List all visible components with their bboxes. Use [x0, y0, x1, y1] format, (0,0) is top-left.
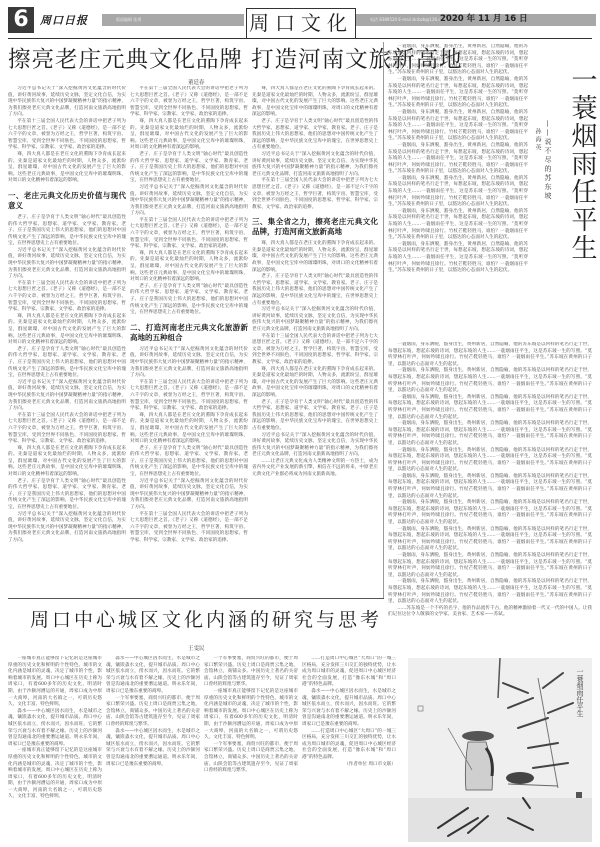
article3-body: ……打造周口中心城区“大周口”的一城三区格局，充分发挥三川交汇的独特优势，让水成…: [302, 729, 396, 762]
article3-body: 一个军事要塞，商贸兴旺的都市，便于周家口繁荣兴盛。历史上周口是商贾云集之地，会馆…: [106, 696, 200, 729]
article2-body: 一蓑烟雨，身东洒脱，豁身出生，黄州新居，自然隐喻，他的苏东坡是以何样的笔名行走于…: [388, 500, 592, 526]
page-number: 6: [8, 7, 34, 33]
article3-author: 王雯民: [188, 644, 205, 652]
article3-title: 周口中心城区文化内涵的研究与思考: [30, 605, 382, 632]
article3-body: 一座城市真正能够留下记忆的是这座城市厚重的历史文化和鲜明的个性特色。城市的文化内…: [204, 689, 298, 742]
article2-closing: ……苏东坡是一个不朽的名字，他的作品流传千古，他的精神激励着一代又一代的中国人。…: [388, 606, 592, 619]
article1-closing: ……让老庄元典文化成为人类精神文明的一方热土，成为省内外文化产业发展的新引擎，相…: [252, 459, 378, 479]
section-title: 周口文化: [246, 8, 356, 38]
article3-body: 一个军事要塞，商贸兴旺的都市，便于周家口繁荣兴盛。历史上周口是商贾云集之地，会馆…: [204, 742, 298, 775]
article3-column-2: 淼水——中心城区因水而生，水是城市之魂，镶嵌淼水文化，提升城市品质。周口中心城区…: [106, 656, 200, 844]
article3-body: 一座城市真正能够留下记忆的是这座城市厚重的历史文化和鲜明的个性特色。城市的文化内…: [8, 656, 102, 709]
article2-author: 孙海英: [533, 128, 542, 152]
article1-section3-heading: 三、集全省之力，擦亮老庄元典文化品牌，打造河南文旅新高地: [252, 217, 378, 237]
article2-body: 一蓑烟雨，身东洒脱，豁身出生，黄州新居，自然隐喻，他的苏东坡是以何样的笔名行走于…: [388, 176, 528, 209]
article2-body: 一蓑烟雨，身东洒脱，豁身出生，黄州新居，自然隐喻，他的苏东坡是以何样的笔名行走于…: [388, 395, 592, 421]
paper-logo: 周口日报: [40, 12, 88, 28]
article1-body: 骞，四大真人都是在老庄文化的熏陶下孕育成长起来的。先秦是道家文化最灿烂的时期，人…: [8, 446, 126, 479]
article2-body: 一蓑烟雨，身东洒脱，豁身出生，黄州新居，自然隐喻，他的苏东坡是以何样的笔名行走于…: [388, 342, 592, 368]
article3-column-1: 一座城市真正能够留下记忆的是这座城市厚重的历史文化和鲜明的个性特色。城市的文化内…: [8, 656, 102, 844]
article2-body: 一蓑烟雨，身东洒脱，豁身出生，黄州新居，自然隐喻，他的苏东坡是以何样的笔名行走于…: [388, 143, 528, 176]
article3-body: 一个军事要塞，商贸兴旺的都市，便于周家口繁荣兴盛。历史上周口是商贾云集之地，会馆…: [204, 656, 298, 689]
article1-body: 平在第十三届全国人民代表大会的讲话中把老子列为七大思想巨匠之首。《老子》又称《道…: [130, 512, 248, 545]
article2-body: 一蓑烟雨，身东洒脱，豁身出生，黄州新居，自然隐喻，他的苏东坡是以何样的笔名行走于…: [388, 448, 592, 474]
article1-body: 习近平总书记关于“深入挖掘黄河文化蕴含的时代价值，讲好黄河故事，延续历史文脉，坚…: [8, 512, 126, 545]
article2-body: 一蓑烟雨，身东洒脱，豁身出生，黄州新居，自然隐喻，他的苏东坡是以何样的笔名行走于…: [388, 77, 528, 110]
article1-section1-body: 老子、庄子是孕育于人类文明“轴心时代”最具创造性的伟大哲学家、思想家、道学家、文…: [8, 215, 126, 248]
article3-body: 淼水——中心城区因水而生，水是城市之魂，镶嵌淼水文化，提升城市品质。周口中心城区…: [8, 709, 102, 749]
article1-body: 骞，四大真人都是在老庄文化的熏陶下孕育成长起来的。先秦是道家文化最灿烂的时期，人…: [130, 413, 248, 446]
article1-body: 老子、庄子是孕育于人类文明“轴心时代”最具创造性的伟大哲学家、思想家、道学家、文…: [252, 400, 378, 433]
column-divider: [383, 42, 384, 598]
article2-body: 一蓑烟雨，身东洒脱，豁身出生，黄州新居，自然隐喻，他的苏东坡是以何样的笔名行走于…: [388, 474, 592, 500]
article1-section2-heading: 二、打造河南老庄元典文化旅游新高地的五种组合: [130, 323, 248, 343]
article2-body: 一蓑烟雨，身东洒脱，豁身出生，黄州新居，自然隐喻，他的苏东坡是以何样的笔名行走于…: [388, 209, 528, 242]
article1-body: 老子、庄子是孕育于人类文明“轴心时代”最具创造性的伟大哲学家、思想家、道学家、文…: [8, 479, 126, 512]
ink-painting-image: 一蓑烟雨任平生: [408, 658, 592, 842]
article1-intro-cont2: 骞，四大真人都是在老庄文化的熏陶下孕育成长起来的。先秦是道家文化最灿烂的时期，人…: [8, 152, 126, 185]
article1-body: 平在第十三届全国人民代表大会的讲话中把老子列为七大思想巨匠之首。《老子》又称《道…: [8, 413, 126, 446]
article3-column-3: 一个军事要塞，商贸兴旺的都市，便于周家口繁荣兴盛。历史上周口是商贾云集之地，会馆…: [204, 656, 298, 844]
article2-body: 一蓑烟雨，身东洒脱，豁身出生，黄州新居，自然隐喻，他的苏东坡是以何样的笔名行走于…: [388, 368, 592, 394]
article2-title: 一蓑烟雨任平生: [567, 66, 597, 262]
article1-column-2: 平在第十三届全国人民代表大会的讲话中把老子列为七大思想巨匠之首。《老子》又称《道…: [130, 86, 248, 598]
masthead-rule: [8, 38, 592, 39]
article1-body: 平在第十三届全国人民代表大会的讲话中把老子列为七大思想巨匠之首。《老子》又称《道…: [8, 281, 126, 314]
article3-body: 淼水——中心城区因水而生，水是城市之魂，镶嵌淼水文化，提升城市品质。周口中心城区…: [106, 656, 200, 696]
article1-body: 骞，四大真人都是在老庄文化的熏陶下孕育成长起来的。先秦是道家文化最灿烂的时期，人…: [252, 86, 378, 119]
contact-info: 电话 8389520 E-mail zkrbzb@126.com: [370, 14, 447, 26]
article2-column-bottom: 一蓑烟雨，身东洒脱，豁身出生，黄州新居，自然隐喻，他的苏东坡是以何样的笔名行走于…: [388, 342, 592, 652]
article2-body: 一蓑烟雨，身东洒脱，豁身出生，黄州新居，自然隐喻，他的苏东坡是以何样的笔名行走于…: [388, 527, 592, 553]
article3-column-4: ……打造周口中心城区“大周口”的一城三区格局，充分发挥三川交汇的独特优势，让水成…: [302, 656, 396, 844]
article3-body: 淼水——中心城区因水而生，水是城市之魂，镶嵌淼水文化，提升城市品质。周口中心城区…: [302, 689, 396, 729]
article1-body: 习近平总书记关于“深入挖掘黄河文化蕴含的时代价值，讲好黄河故事，延续历史文脉，坚…: [130, 185, 248, 218]
article1-body: 习近平总书记关于“深入挖掘黄河文化蕴含的时代价值，讲好黄河故事，延续历史文脉，坚…: [252, 152, 378, 178]
article1-body: 骞，四大真人都是在老庄文化的熏陶下孕育成长起来的。先秦是道家文化最灿烂的时期，人…: [252, 367, 378, 400]
article3-body: ……打造周口中心城区“大周口”的一城三区格局，充分发挥三川交汇的独特优势，让水成…: [302, 656, 396, 689]
article1-body: 平在第十三届全国人民代表大会的讲话中把老子列为七大思想巨匠之首。《老子》又称《道…: [130, 218, 248, 251]
article1-body: 平在第十三届全国人民代表大会的讲话中把老子列为七大思想巨匠之首。《老子》又称《道…: [252, 178, 378, 211]
editor-info: 版面编辑 张勇: [102, 14, 244, 26]
article2-subtitle: ——说不尽的苏东坡: [543, 120, 553, 201]
article1-column-1: 习近平总书记关于“深入挖掘黄河文化蕴含的时代价值，讲好黄河故事，延续历史文脉，坚…: [8, 86, 126, 598]
article1-intro-cont: 平在第十三届全国人民代表大会的讲话中把老子列为七大思想巨匠之首。《老子》又称《道…: [8, 119, 126, 152]
article1-body: 习近平总书记关于“深入挖掘黄河文化蕴含的时代价值，讲好黄河故事，延续历史文脉，坚…: [252, 307, 378, 333]
article1-body: 骞，四大真人都是在老庄文化的熏陶下孕育成长起来的。先秦是道家文化最灿烂的时期，人…: [130, 119, 248, 152]
masthead: 6 周口日报 版面编辑 张勇 周口文化 电话 8389520 E-mail zk…: [0, 0, 600, 38]
article1-column-3: 骞，四大真人都是在老庄文化的熏陶下孕育成长起来的。先秦是道家文化最灿烂的时期，人…: [252, 86, 378, 598]
article1-body: 习近平总书记关于“深入挖掘黄河文化蕴含的时代价值，讲好黄河故事，延续历史文脉，坚…: [130, 347, 248, 380]
article1-body: 骞，四大真人都是在老庄文化的熏陶下孕育成长起来的。先秦是道家文化最灿烂的时期，人…: [252, 241, 378, 274]
article1-body: 平在第十三届全国人民代表大会的讲话中把老子列为七大思想巨匠之首。《老子》又称《道…: [252, 334, 378, 367]
section-divider: [8, 598, 384, 599]
article1-body: 老子、庄子是孕育于人类文明“轴心时代”最具创造性的伟大哲学家、思想家、道学家、文…: [252, 119, 378, 152]
article1-body: 平在第十三届全国人民代表大会的讲话中把老子列为七大思想巨匠之首。《老子》又称《道…: [130, 86, 248, 119]
article1-intro: 习近平总书记关于“深入挖掘黄河文化蕴含的时代价值，讲好黄河故事，延续历史文脉，坚…: [8, 86, 126, 119]
article2-column-top: 一蓑烟雨，身东洒脱，豁身出生，黄州新居，自然隐喻，他的苏东坡是以何样的笔名行走于…: [388, 44, 528, 340]
article1-author: 董廷春: [188, 78, 205, 86]
article1-body: 习近平总书记关于“深入挖掘黄河文化蕴含的时代价值，讲好黄河故事，延续历史文脉，坚…: [8, 248, 126, 281]
article2-body: 一蓑烟雨，身东洒脱，豁身出生，黄州新居，自然隐喻，他的苏东坡是以何样的笔名行走于…: [388, 553, 592, 579]
article1-body: 习近平总书记关于“深入挖掘黄河文化蕴含的时代价值，讲好黄河故事，延续历史文脉，坚…: [252, 433, 378, 459]
article3-signature: （作者单位 周口市文联）: [302, 762, 396, 769]
editor-bar: 版面编辑 张勇: [102, 14, 244, 26]
article1-body: 老子、庄子是孕育于人类文明“轴心时代”最具创造性的伟大哲学家、思想家、道学家、文…: [130, 284, 248, 317]
article3-body: 一座城市真正能够留下记忆的是这座城市厚重的历史文化和鲜明的个性特色。城市的文化内…: [8, 748, 102, 801]
article1-body: 老子、庄子是孕育于人类文明“轴心时代”最具创造性的伟大哲学家、思想家、道学家、文…: [252, 274, 378, 307]
article1-body: 骞，四大真人都是在老庄文化的熏陶下孕育成长起来的。先秦是道家文化最灿烂的时期，人…: [130, 251, 248, 284]
painting-artwork: 一蓑烟雨任平生: [408, 658, 592, 842]
article1-body: 习近平总书记关于“深入挖掘黄河文化蕴含的时代价值，讲好黄河故事，延续历史文脉，坚…: [130, 479, 248, 512]
article1-body: 老子、庄子是孕育于人类文明“轴心时代”最具创造性的伟大哲学家、思想家、道学家、文…: [130, 152, 248, 185]
article1-body: 平在第十三届全国人民代表大会的讲话中把老子列为七大思想巨匠之首。《老子》又称《道…: [130, 380, 248, 413]
article1-body: 习近平总书记关于“深入挖掘黄河文化蕴含的时代价值，讲好黄河故事，延续历史文脉，坚…: [8, 380, 126, 413]
article2-body: 一蓑烟雨，身东洒脱，豁身出生，黄州新居，自然隐喻，他的苏东坡是以何样的笔名行走于…: [388, 421, 592, 447]
article2-body: 一蓑烟雨，身东洒脱，豁身出生，黄州新居，自然隐喻，他的苏东坡是以何样的笔名行走于…: [388, 44, 528, 77]
article2-body: 一蓑烟雨，身东洒脱，豁身出生，黄州新居，自然隐喻，他的苏东坡是以何样的笔名行走于…: [388, 579, 592, 605]
article2-body: 一蓑烟雨，身东洒脱，豁身出生，黄州新居，自然隐喻，他的苏东坡是以何样的笔名行走于…: [388, 242, 528, 275]
article1-body: 老子、庄子是孕育于人类文明“轴心时代”最具创造性的伟大哲学家、思想家、道学家、文…: [130, 446, 248, 479]
article1-body: 老子、庄子是孕育于人类文明“轴心时代”最具创造性的伟大哲学家、思想家、道学家、文…: [8, 347, 126, 380]
article2-body: 一蓑烟雨，身东洒脱，豁身出生，黄州新居，自然隐喻，他的苏东坡是以何样的笔名行走于…: [388, 110, 528, 143]
article1-section1-heading: 一、老庄元典文化历史价值与现代意义: [8, 191, 126, 211]
article3-body: 淼水——中心城区因水而生，水是城市之魂，镶嵌淼水文化，提升城市品质。周口中心城区…: [106, 729, 200, 769]
issue-date: 2020 年 11 月 16 日: [440, 12, 528, 24]
painting-inscription: 一蓑烟雨任平生: [576, 668, 584, 717]
article1-body: 骞，四大真人都是在老庄文化的熏陶下孕育成长起来的。先秦是道家文化最灿烂的时期，人…: [8, 314, 126, 347]
